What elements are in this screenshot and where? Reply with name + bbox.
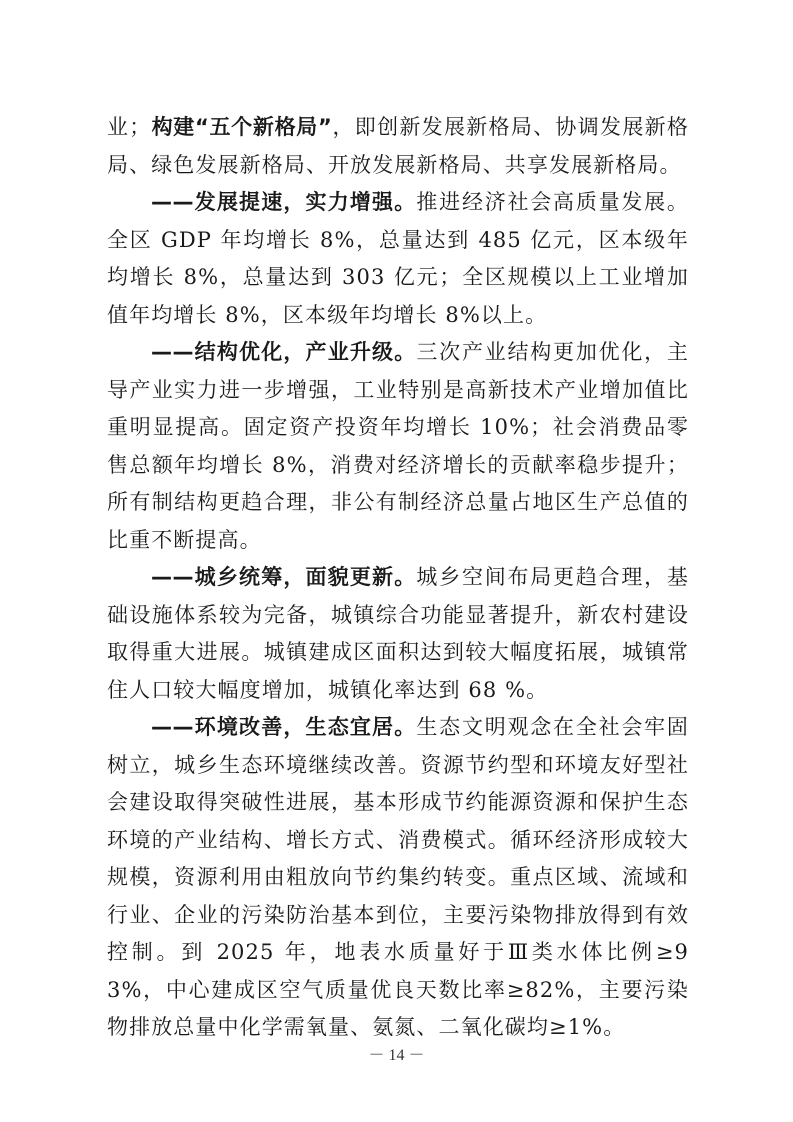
paragraph-body: 生态文明观念在全社会牢固树立，城乡生态环境继续改善。资源节约型和环境友好型社会建…: [107, 715, 689, 1039]
paragraph-five-new-patterns: 业；构建“五个新格局”，即创新发展新格局、协调发展新格局、绿色发展新格局、开放发…: [107, 109, 689, 184]
paragraph-body: 三次产业结构更加优化，主导产业实力进一步增强，工业特别是高新技术产业增加值比重明…: [107, 340, 689, 552]
page-number: － 14 －: [0, 1042, 793, 1065]
paragraph-urban-rural: ——城乡统筹，面貌更新。城乡空间布局更趋合理，基础设施体系较为完备，城镇综合功能…: [107, 559, 689, 709]
paragraph-development: ——发展提速，实力增强。推进经济社会高质量发展。全区 GDP 年均增长 8%，总…: [107, 184, 689, 334]
paragraph-heading: ——城乡统筹，面貌更新。: [151, 565, 416, 589]
paragraph-heading: 构建“五个新格局”: [151, 115, 332, 139]
paragraph-heading: ——结构优化，产业升级。: [151, 340, 416, 364]
paragraph-environment: ——环境改善，生态宜居。生态文明观念在全社会牢固树立，城乡生态环境继续改善。资源…: [107, 709, 689, 1047]
paragraph-heading: ——环境改善，生态宜居。: [151, 715, 416, 739]
paragraph-heading: ——发展提速，实力增强。: [151, 190, 416, 214]
document-page: 业；构建“五个新格局”，即创新发展新格局、协调发展新格局、绿色发展新格局、开放发…: [107, 109, 689, 1047]
paragraph-structure: ——结构优化，产业升级。三次产业结构更加优化，主导产业实力进一步增强，工业特别是…: [107, 334, 689, 559]
paragraph-lead: 业；: [107, 115, 151, 139]
